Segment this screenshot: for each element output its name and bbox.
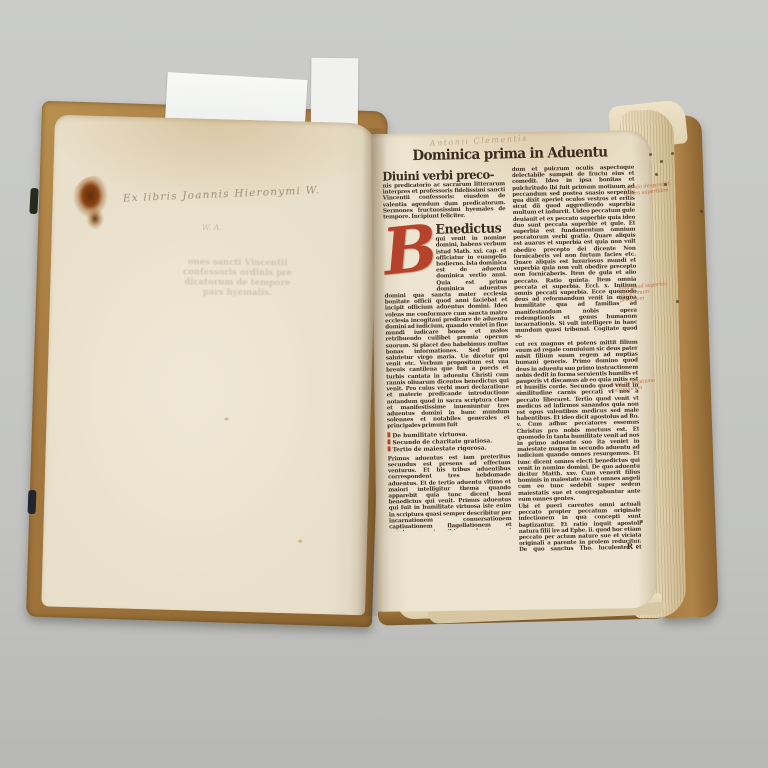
gutter-shadow <box>357 128 388 616</box>
column-heading: Diuini verbi preco- <box>382 167 505 184</box>
column-left: Diuini verbi preco- nis predicatorio ac … <box>382 167 511 531</box>
pilcrow-mark <box>388 447 391 452</box>
wormhole <box>655 173 658 176</box>
ink-stain-small <box>86 207 105 229</box>
wormhole <box>676 300 679 303</box>
pilcrow-mark <box>387 439 390 444</box>
foxing-fleck <box>224 417 228 420</box>
showthrough-ghost-text: ones sancti Vincentii confessoris ordini… <box>162 257 312 299</box>
body-paragraph: dum et pulcrum oculis aspectuque delecta… <box>512 165 638 341</box>
body-paragraph: Primus aduentus est iam preteritus secun… <box>388 454 512 532</box>
page-title: Dominica prima in Aduentu <box>386 143 634 165</box>
column-right: dum et pulcrum oculis aspectuque delecta… <box>512 165 642 553</box>
subheading: Tertio de maiestate rigorosa. <box>388 444 511 454</box>
subheading-label: Tertio de maiestate rigorosa. <box>393 446 487 454</box>
body-paragraph: cut rex magnus et potens mittit filium s… <box>515 339 641 503</box>
subheadings: De humilitate virtuosa. Secundo de chari… <box>387 430 510 455</box>
photo-stage: Ex libris Joannis Hieronymi W. W. A. one… <box>0 0 768 768</box>
pilcrow-mark <box>387 432 390 437</box>
body-paragraph: Ubi et pueri carentes omni actuali pecca… <box>518 502 641 553</box>
faint-inscription: W. A. <box>202 223 222 232</box>
printed-text-block: Antonii Clementis Dominica prima in Adue… <box>382 144 642 556</box>
wormhole <box>671 152 674 155</box>
wormhole <box>664 183 667 186</box>
right-page: Antonii Clementis Dominica prima in Adue… <box>371 130 658 612</box>
benedictus-heading: Enedictus <box>383 220 506 238</box>
clasp-mark <box>28 490 37 514</box>
wormhole <box>700 210 703 213</box>
ownership-inscription: Ex libris Joannis Hieronymi W. <box>123 183 353 205</box>
clasp-mark <box>29 188 38 214</box>
foxing-fleck <box>298 540 302 543</box>
wormhole <box>649 153 652 156</box>
text-columns: Diuini verbi preco- nis predicatorio ac … <box>382 165 641 556</box>
signature-mark: R : <box>627 542 639 551</box>
wormhole <box>660 160 663 163</box>
benedictus-block: B Enedictus qui venit in nomine domini, … <box>383 220 509 430</box>
wormhole <box>640 520 643 523</box>
ghost-line: pars hyemalis. <box>162 287 312 299</box>
left-page: Ex libris Joannis Hieronymi W. W. A. one… <box>41 115 379 616</box>
